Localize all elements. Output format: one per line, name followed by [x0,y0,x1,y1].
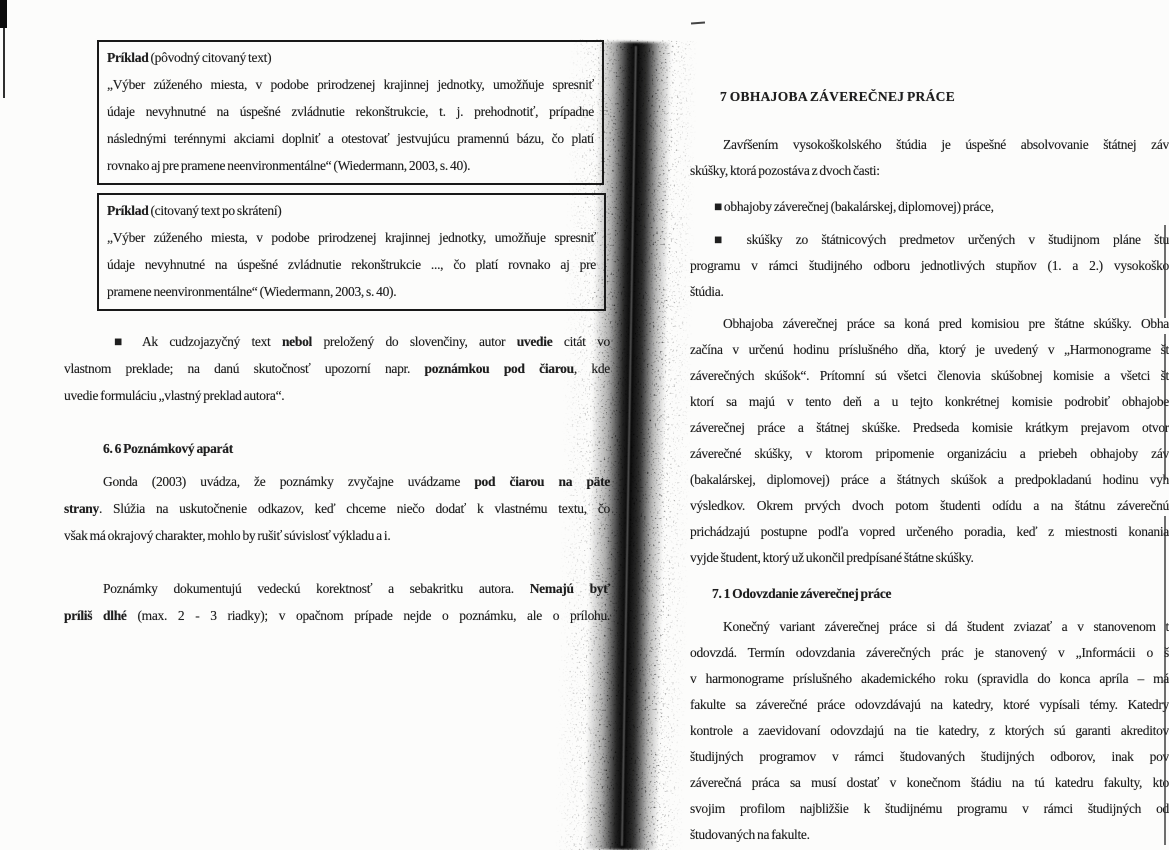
right-page: 7 OBHAJOBA ZÁVEREČNEJ PRÁCEZavŕšením vys… [690,84,1169,848]
defence-procedure-line-4: ktorí sa majú v tento deň a u tejto konk… [690,389,1169,415]
section-6-6-heading: 6. 6 Poznámkový aparát [64,435,610,462]
example-box-original-line-2: „Výber zúženého miesta, v podobe prirodz… [107,71,594,98]
defence-item-2-line-3: štúdia. [690,279,1169,305]
submission-paragraph-line-4: fakulte sa záverečné práce odovzdávajú n… [690,692,1169,718]
submission-paragraph-line-7: záverečná práca sa musí dostať v konečno… [690,770,1169,796]
left-page: Príklad (pôvodný citovaný text)„Výber zú… [64,38,610,629]
submission-paragraph-line-3: v harmonograme príslušného akademického … [690,666,1169,692]
binding-shadow-grain [554,39,698,850]
example-box-shortened-line-1: Príklad (citovaný text po skrátení) [107,197,596,224]
defence-procedure-line-7: (bakalárskej, diplomovej) práce a štátny… [690,467,1169,493]
defence-procedure-line-3: záverečných skúšok“. Prítomní sú všetci … [690,363,1169,389]
scanned-document-spread: Príklad (pôvodný citovaný text)„Výber zú… [0,0,1169,850]
book-binding-gutter-shadow [584,41,672,850]
example-box-original-line-4: následnými terénnymi akciami doplniť a o… [107,125,594,152]
example-box-shortened-line-3: údaje nevyhnutné na úspešné zvládnutie r… [107,251,596,278]
translation-note-line-1: ■ Ak cudzojazyčný text nebol preložený d… [64,328,610,355]
submission-paragraph-line-1: Konečný variant záverečnej práce si dá š… [690,614,1169,640]
submission-paragraph: Konečný variant záverečnej práce si dá š… [690,614,1169,848]
defence-item-2-line-2: programu v rámci študijného odboru jedno… [690,253,1169,279]
defence-procedure: Obhajoba záverečnej práce sa koná pred k… [690,311,1169,571]
section-7-1-heading-line-1: 7. 1 Odovzdanie záverečnej práce [690,581,1169,607]
translation-note-line-2: vlastnom preklade; na danú skutočnosť up… [64,355,610,382]
defence-item-1-line-1: ■ obhajoby záverečnej (bakalárskej, dipl… [690,194,1169,220]
defence-procedure-line-10: vyjde študent, ktorý už ukončil predpísa… [690,545,1169,571]
stray-dash-mark [691,22,705,25]
gonda-paragraph-line-2: strany. Slúžia na uskutočnenie odkazov, … [64,495,610,522]
page-edge-line-right-2 [1164,334,1166,480]
section-7-1-heading: 7. 1 Odovzdanie záverečnej práce [690,581,1169,607]
example-box-shortened-line-2: „Výber zúženého miesta, v podobe prirodz… [107,224,596,251]
submission-paragraph-line-5: kontrole a zaevidovaní odovzdajú na tie … [690,718,1169,744]
defence-procedure-line-2: začína v určenú hodinu príslušného dňa, … [690,337,1169,363]
chapter-7-heading-line-1: 7 OBHAJOBA ZÁVEREČNEJ PRÁCE [690,84,1169,110]
notes-length-paragraph: Poznámky dokumentujú vedeckú korektnosť … [64,575,610,629]
example-box-shortened: Príklad (citovaný text po skrátení)„Výbe… [97,193,606,311]
defence-intro-line-2: skúšky, ktorá pozostáva z dvoch časti: [690,158,1169,184]
chapter-7-heading: 7 OBHAJOBA ZÁVEREČNEJ PRÁCE [690,84,1169,110]
translation-note-line-3: uvedie formuláciu „vlastný preklad autor… [64,382,610,409]
submission-paragraph-line-6: študijných programov v rámci študovaných… [690,744,1169,770]
defence-intro: Zavŕšením vysokoškolského štúdia je úspe… [690,132,1169,184]
example-box-original-line-3: údaje nevyhnutné na úspešné zvládnutie r… [107,98,594,125]
gonda-paragraph-line-3: však má okrajový charakter, mohlo by ruš… [64,522,610,549]
gonda-paragraph: Gonda (2003) uvádza, že poznámky zvyčajn… [64,468,610,549]
translation-note: ■ Ak cudzojazyčný text nebol preložený d… [64,328,610,409]
submission-paragraph-line-8: svojim profilom najbližšie k študijnému … [690,796,1169,822]
defence-item-2: ■ skúšky zo štátnicových predmetov určen… [690,227,1169,305]
defence-item-2-line-1: ■ skúšky zo štátnicových predmetov určen… [690,227,1169,253]
defence-intro-line-1: Zavŕšením vysokoškolského štúdia je úspe… [690,132,1169,158]
page-edge-line-right-3 [1164,516,1166,845]
example-box-shortened-line-4: pramene neenvironmentálne“ (Wiedermann, … [107,278,596,305]
defence-procedure-line-1: Obhajoba záverečnej práce sa koná pred k… [690,311,1169,337]
submission-paragraph-line-2: odovzdá. Termín odovzdania záverečných p… [690,640,1169,666]
defence-procedure-line-8: výsledkov. Okrem prvých dvoch potom štud… [690,493,1169,519]
notes-length-paragraph-line-2: príliš dlhé (max. 2 - 3 riadky); v opačn… [64,602,610,629]
notes-length-paragraph-line-1: Poznámky dokumentujú vedeckú korektnosť … [64,575,610,602]
example-box-original-line-1: Príklad (pôvodný citovaný text) [107,44,594,71]
defence-item-1: ■ obhajoby záverečnej (bakalárskej, dipl… [690,194,1169,220]
scan-edge-line-left [3,28,5,98]
defence-procedure-line-5: záverečnej práce a štátnej skúške. Preds… [690,415,1169,441]
defence-procedure-line-6: záverečné skúšky, v ktorom pripomenie or… [690,441,1169,467]
example-box-original-line-5: rovnako aj pre pramene neenvironmentálne… [107,152,594,179]
defence-procedure-line-9: prichádzajú postupne podľa vopred určené… [690,519,1169,545]
page-edge-line-right-1 [1164,225,1166,318]
gonda-paragraph-line-1: Gonda (2003) uvádza, že poznámky zvyčajn… [64,468,610,495]
section-6-6-heading-line-1: 6. 6 Poznámkový aparát [64,435,610,462]
submission-paragraph-line-9: študovaných na fakulte. [690,822,1169,848]
example-box-original: Príklad (pôvodný citovaný text)„Výber zú… [97,40,604,185]
scan-edge-mark-top-left [0,0,7,28]
